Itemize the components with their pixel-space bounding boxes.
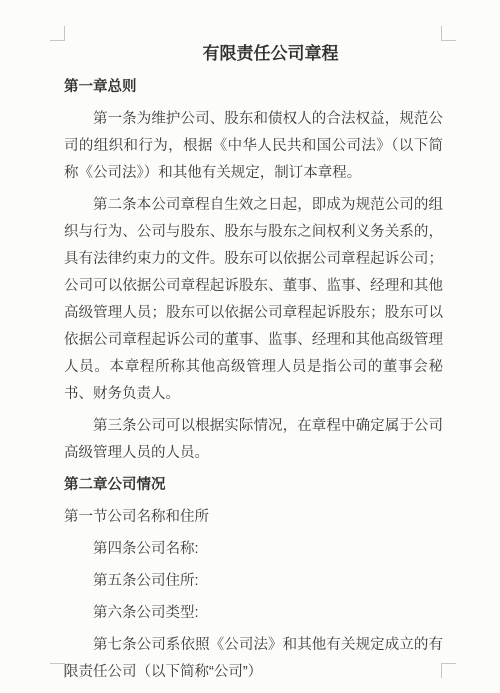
- paragraph: 第四条公司名称:: [64, 536, 443, 563]
- chapter-heading: 第二章公司情况: [64, 472, 443, 499]
- margin-mark-top-right: [441, 26, 456, 41]
- margin-mark-top-left: [50, 26, 65, 41]
- margin-mark-bottom-left: [50, 663, 65, 678]
- paragraph: 第六条公司类型:: [64, 600, 443, 627]
- document-body: 第一章总则第一条为维护公司、股东和债权人的合法权益，规范公司的组织和行为，根据《…: [64, 74, 443, 686]
- margin-mark-bottom-right: [441, 663, 456, 678]
- paragraph: 第七条公司系依照《公司法》和其他有关规定成立的有限责任公司（以下简称“公司”）: [64, 632, 443, 686]
- section-heading: 第一节公司名称和住所: [64, 504, 443, 531]
- document-page: 有限责任公司章程 第一章总则第一条为维护公司、股东和债权人的合法权益，规范公司的…: [0, 0, 500, 693]
- paragraph: 第二条本公司章程自生效之日起，即成为规范公司的组织与行为、公司与股东、股东与股东…: [64, 192, 443, 408]
- paragraph: 第三条公司可以根据实际情况，在章程中确定属于公司高级管理人员的人员。: [64, 413, 443, 467]
- paragraph: 第五条公司住所:: [64, 568, 443, 595]
- document-content: 有限责任公司章程 第一章总则第一条为维护公司、股东和债权人的合法权益，规范公司的…: [64, 42, 443, 691]
- document-title: 有限责任公司章程: [64, 42, 443, 66]
- chapter-heading: 第一章总则: [64, 74, 443, 101]
- paragraph: 第一条为维护公司、股东和债权人的合法权益，规范公司的组织和行为，根据《中华人民共…: [64, 106, 443, 187]
